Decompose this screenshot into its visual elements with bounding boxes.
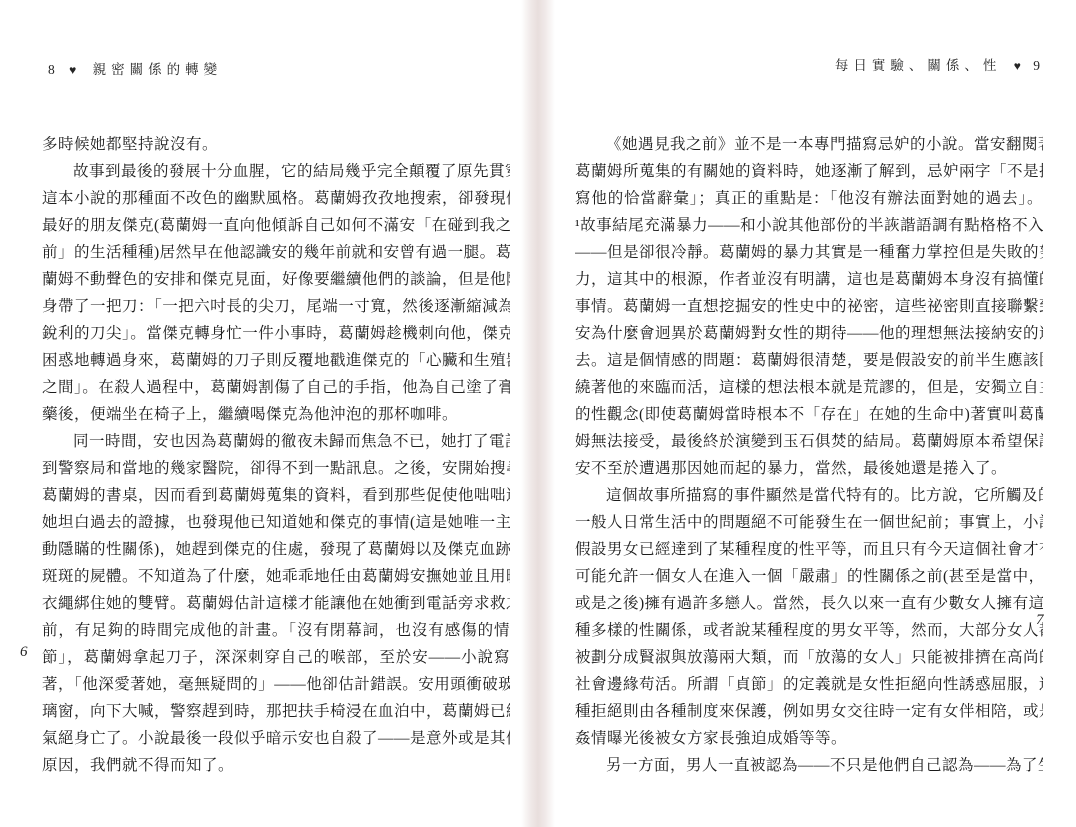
text-line: 斑斑的屍體。不知道為了什麼，她乖乖地任由葛蘭姆安撫她並且用曬	[42, 563, 510, 590]
text-line: 姆無法接受，最後終於演變到玉石俱焚的結局。葛蘭姆原本希望保護	[575, 428, 1043, 455]
text-line: 葛蘭姆的書桌，因而看到葛蘭姆蒐集的資料，看到那些促使他咄咄逼	[42, 482, 510, 509]
text-line: 衣繩綁住她的雙臂。葛蘭姆估計這樣才能讓他在她衝到電話旁求救之	[42, 590, 510, 617]
text-line: 種拒絕則由各種制度來保護，例如男女交往時一定有女伴相陪，或是	[575, 698, 1043, 725]
text-line: 假設男女已經達到了某種程度的性平等，而且只有今天這個社會才有	[575, 536, 1043, 563]
text-line: 原因，我們就不得而知了。	[42, 752, 510, 779]
right-margin-number: 7	[1036, 612, 1044, 629]
right-page-number: 9	[1033, 58, 1042, 73]
left-margin-number: 6	[20, 644, 28, 661]
text-line: 困惑地轉過身來，葛蘭姆的刀子則反覆地戳進傑克的「心臟和生殖器	[42, 347, 510, 374]
text-line: 或是之後)擁有過許多戀人。當然，長久以來一直有少數女人擁有這	[575, 590, 1043, 617]
left-page-header: 8 ♥ 親密關係的轉變	[48, 58, 222, 78]
text-line: 安不至於遭遇那因她而起的暴力，當然，最後她還是捲入了。	[575, 455, 1043, 482]
book-title: 親密關係的轉變	[93, 62, 223, 77]
heart-icon: ♥	[1014, 59, 1021, 73]
text-line: 這本小說的那種面不改色的幽默風格。葛蘭姆孜孜地搜索，卻發現他	[42, 185, 510, 212]
text-line: 銳利的刀尖」。當傑克轉身忙一件小事時，葛蘭姆趁機刺向他，傑克	[42, 320, 510, 347]
text-line: 的性觀念(即使葛蘭姆當時根本不「存在」在她的生命中)著實叫葛蘭	[575, 401, 1043, 428]
text-line: 《她遇見我之前》並不是一本專門描寫忌妒的小說。當安翻閱著	[575, 131, 1043, 158]
text-line: 動隱瞞的性關係)，她趕到傑克的住處，發現了葛蘭姆以及傑克血跡	[42, 536, 510, 563]
text-line: 一般人日常生活中的問題絕不可能發生在一個世紀前；事實上，小說	[575, 509, 1043, 536]
right-page-text: 《她遇見我之前》並不是一本專門描寫忌妒的小說。當安翻閱著葛蘭姆所蒐集的有關她的資…	[575, 131, 1043, 779]
text-line: 被劃分成賢淑與放蕩兩大類，而「放蕩的女人」只能被排擠在高尚的	[575, 644, 1043, 671]
text-line: 繞著他的來臨而活，這樣的想法根本就是荒謬的，但是，安獨立自主	[575, 374, 1043, 401]
text-line: 節」，葛蘭姆拿起刀子，深深刺穿自己的喉部，至於安——小說寫	[42, 644, 510, 671]
text-line: 姦情曝光後被女方家長強迫成婚等等。	[575, 725, 1043, 752]
text-line: 事情。葛蘭姆一直想挖掘安的性史中的祕密，這些祕密則直接聯繫到	[575, 293, 1043, 320]
text-line: 這個故事所描寫的事件顯然是當代特有的。比方說，它所觸及的	[575, 482, 1043, 509]
text-line: 故事到最後的發展十分血腥，它的結局幾乎完全顛覆了原先貫穿	[42, 158, 510, 185]
text-line: 前，有足夠的時間完成他的計畫。「沒有閉幕詞，也沒有感傷的情	[42, 617, 510, 644]
text-line: 璃窗，向下大喊，警察趕到時，那把扶手椅浸在血泊中，葛蘭姆已經	[42, 698, 510, 725]
right-page-header: 每日實驗、關係、性 ♥ 9	[831, 54, 1042, 74]
text-line: 蘭姆不動聲色的安排和傑克見面，好像要繼續他們的談論，但是他隨	[42, 266, 510, 293]
text-line: 氣絕身亡了。小說最後一段似乎暗示安也自殺了——是意外或是其他	[42, 725, 510, 752]
text-line: ¹故事結尾充滿暴力——和小說其他部份的半詼諧語調有點格格不入	[575, 212, 1043, 239]
text-line: 寫他的恰當辭彙」；真正的重點是：「他沒有辦法面對她的過去」。	[575, 185, 1043, 212]
text-line: 著，「他深愛著她，毫無疑問的」——他卻估計錯誤。安用頭衝破玻	[42, 671, 510, 698]
text-line: 可能允許一個女人在進入一個「嚴肅」的性關係之前(甚至是當中，	[575, 563, 1043, 590]
text-line: 之間」。在殺人過程中，葛蘭姆割傷了自己的手指，他為自己塗了膏	[42, 374, 510, 401]
text-line: 同一時間，安也因為葛蘭姆的徹夜未歸而焦急不已，她打了電話	[42, 428, 510, 455]
text-line: 到警察局和當地的幾家醫院，卻得不到一點訊息。之後，安開始搜尋	[42, 455, 510, 482]
left-page-text: 多時候她都堅持說沒有。故事到最後的發展十分血腥，它的結局幾乎完全顛覆了原先貫穿這…	[42, 131, 510, 779]
text-line: 前」的生活種種)居然早在他認識安的幾年前就和安曾有過一腿。葛	[42, 239, 510, 266]
paragraph: 故事到最後的發展十分血腥，它的結局幾乎完全顛覆了原先貫穿這本小說的那種面不改色的…	[42, 158, 510, 428]
text-line: 最好的朋友傑克(葛蘭姆一直向他傾訴自己如何不滿安「在碰到我之	[42, 212, 510, 239]
left-page: 8 ♥ 親密關係的轉變 多時候她都堅持說沒有。故事到最後的發展十分血腥，它的結局…	[0, 0, 538, 827]
book-spread: 8 ♥ 親密關係的轉變 多時候她都堅持說沒有。故事到最後的發展十分血腥，它的結局…	[0, 0, 1076, 827]
right-page: 每日實驗、關係、性 ♥ 9 《她遇見我之前》並不是一本專門描寫忌妒的小說。當安翻…	[538, 0, 1076, 827]
paragraph: 多時候她都堅持說沒有。	[42, 131, 510, 158]
paragraph: 另一方面，男人一直被認為——不只是他們自己認為——為了生	[575, 752, 1043, 779]
text-line: 種多樣的性關係，或者說某種程度的男女平等，然而，大部分女人都	[575, 617, 1043, 644]
text-line: 藥後，便端坐在椅子上，繼續喝傑克為他沖泡的那杯咖啡。	[42, 401, 510, 428]
heart-icon: ♥	[69, 63, 76, 77]
text-line: 身帶了一把刀：「一把六吋長的尖刀，尾端一寸寬，然後逐漸縮減為	[42, 293, 510, 320]
paragraph: 《她遇見我之前》並不是一本專門描寫忌妒的小說。當安翻閱著葛蘭姆所蒐集的有關她的資…	[575, 131, 1043, 482]
text-line: 社會邊緣苟活。所謂「貞節」的定義就是女性拒絕向性誘惑屈服，這	[575, 671, 1043, 698]
paragraph: 同一時間，安也因為葛蘭姆的徹夜未歸而焦急不已，她打了電話到警察局和當地的幾家醫院…	[42, 428, 510, 779]
chapter-title: 每日實驗、關係、性	[835, 58, 1002, 73]
paragraph: 這個故事所描寫的事件顯然是當代特有的。比方說，它所觸及的一般人日常生活中的問題絕…	[575, 482, 1043, 752]
text-line: 她坦白過去的證據，也發現他已知道她和傑克的事情(這是她唯一主	[42, 509, 510, 536]
text-line: 去。這是個情感的問題：葛蘭姆很清楚，要是假設安的前半生應該圍	[575, 347, 1043, 374]
left-page-number: 8	[48, 62, 57, 77]
text-line: 力，這其中的根源，作者並沒有明講，這也是葛蘭姆本身沒有搞懂的	[575, 266, 1043, 293]
text-line: 另一方面，男人一直被認為——不只是他們自己認為——為了生	[575, 752, 1043, 779]
text-line: 葛蘭姆所蒐集的有關她的資料時，她逐漸了解到，忌妒兩字「不是描	[575, 158, 1043, 185]
text-line: ——但是卻很冷靜。葛蘭姆的暴力其實是一種奮力掌控但是失敗的努	[575, 239, 1043, 266]
text-line: 多時候她都堅持說沒有。	[42, 131, 510, 158]
text-line: 安為什麼會迥異於葛蘭姆對女性的期待——他的理想無法接納安的過	[575, 320, 1043, 347]
